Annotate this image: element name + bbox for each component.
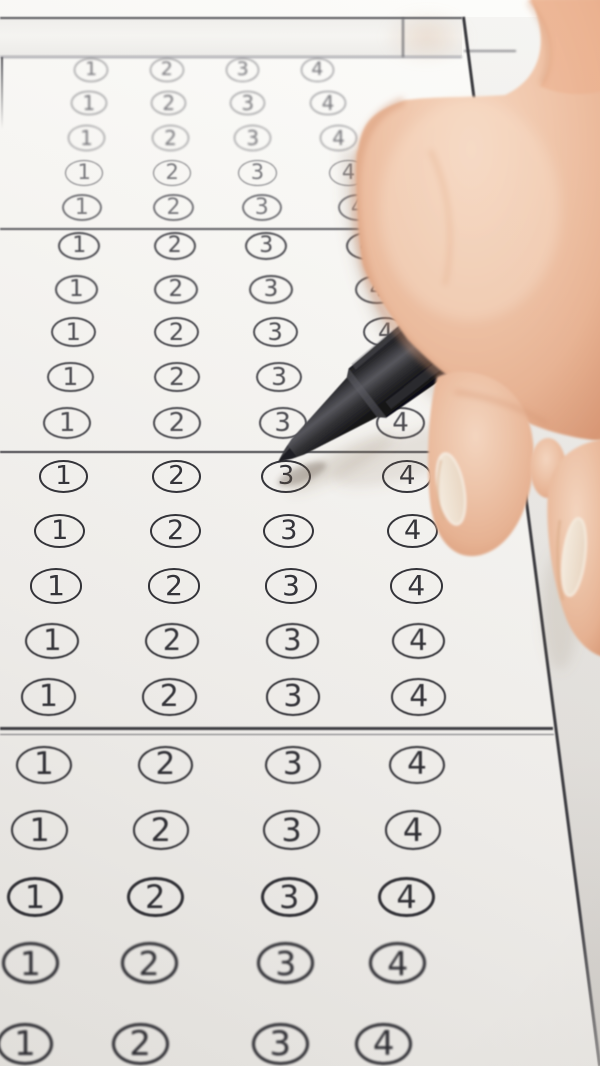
answer-sheet-photo-scene: 1234123412341234123412341234123412341234… [0, 0, 600, 1066]
hand-and-pen-overlay [0, 0, 600, 1066]
finger-highlight [380, 100, 560, 320]
